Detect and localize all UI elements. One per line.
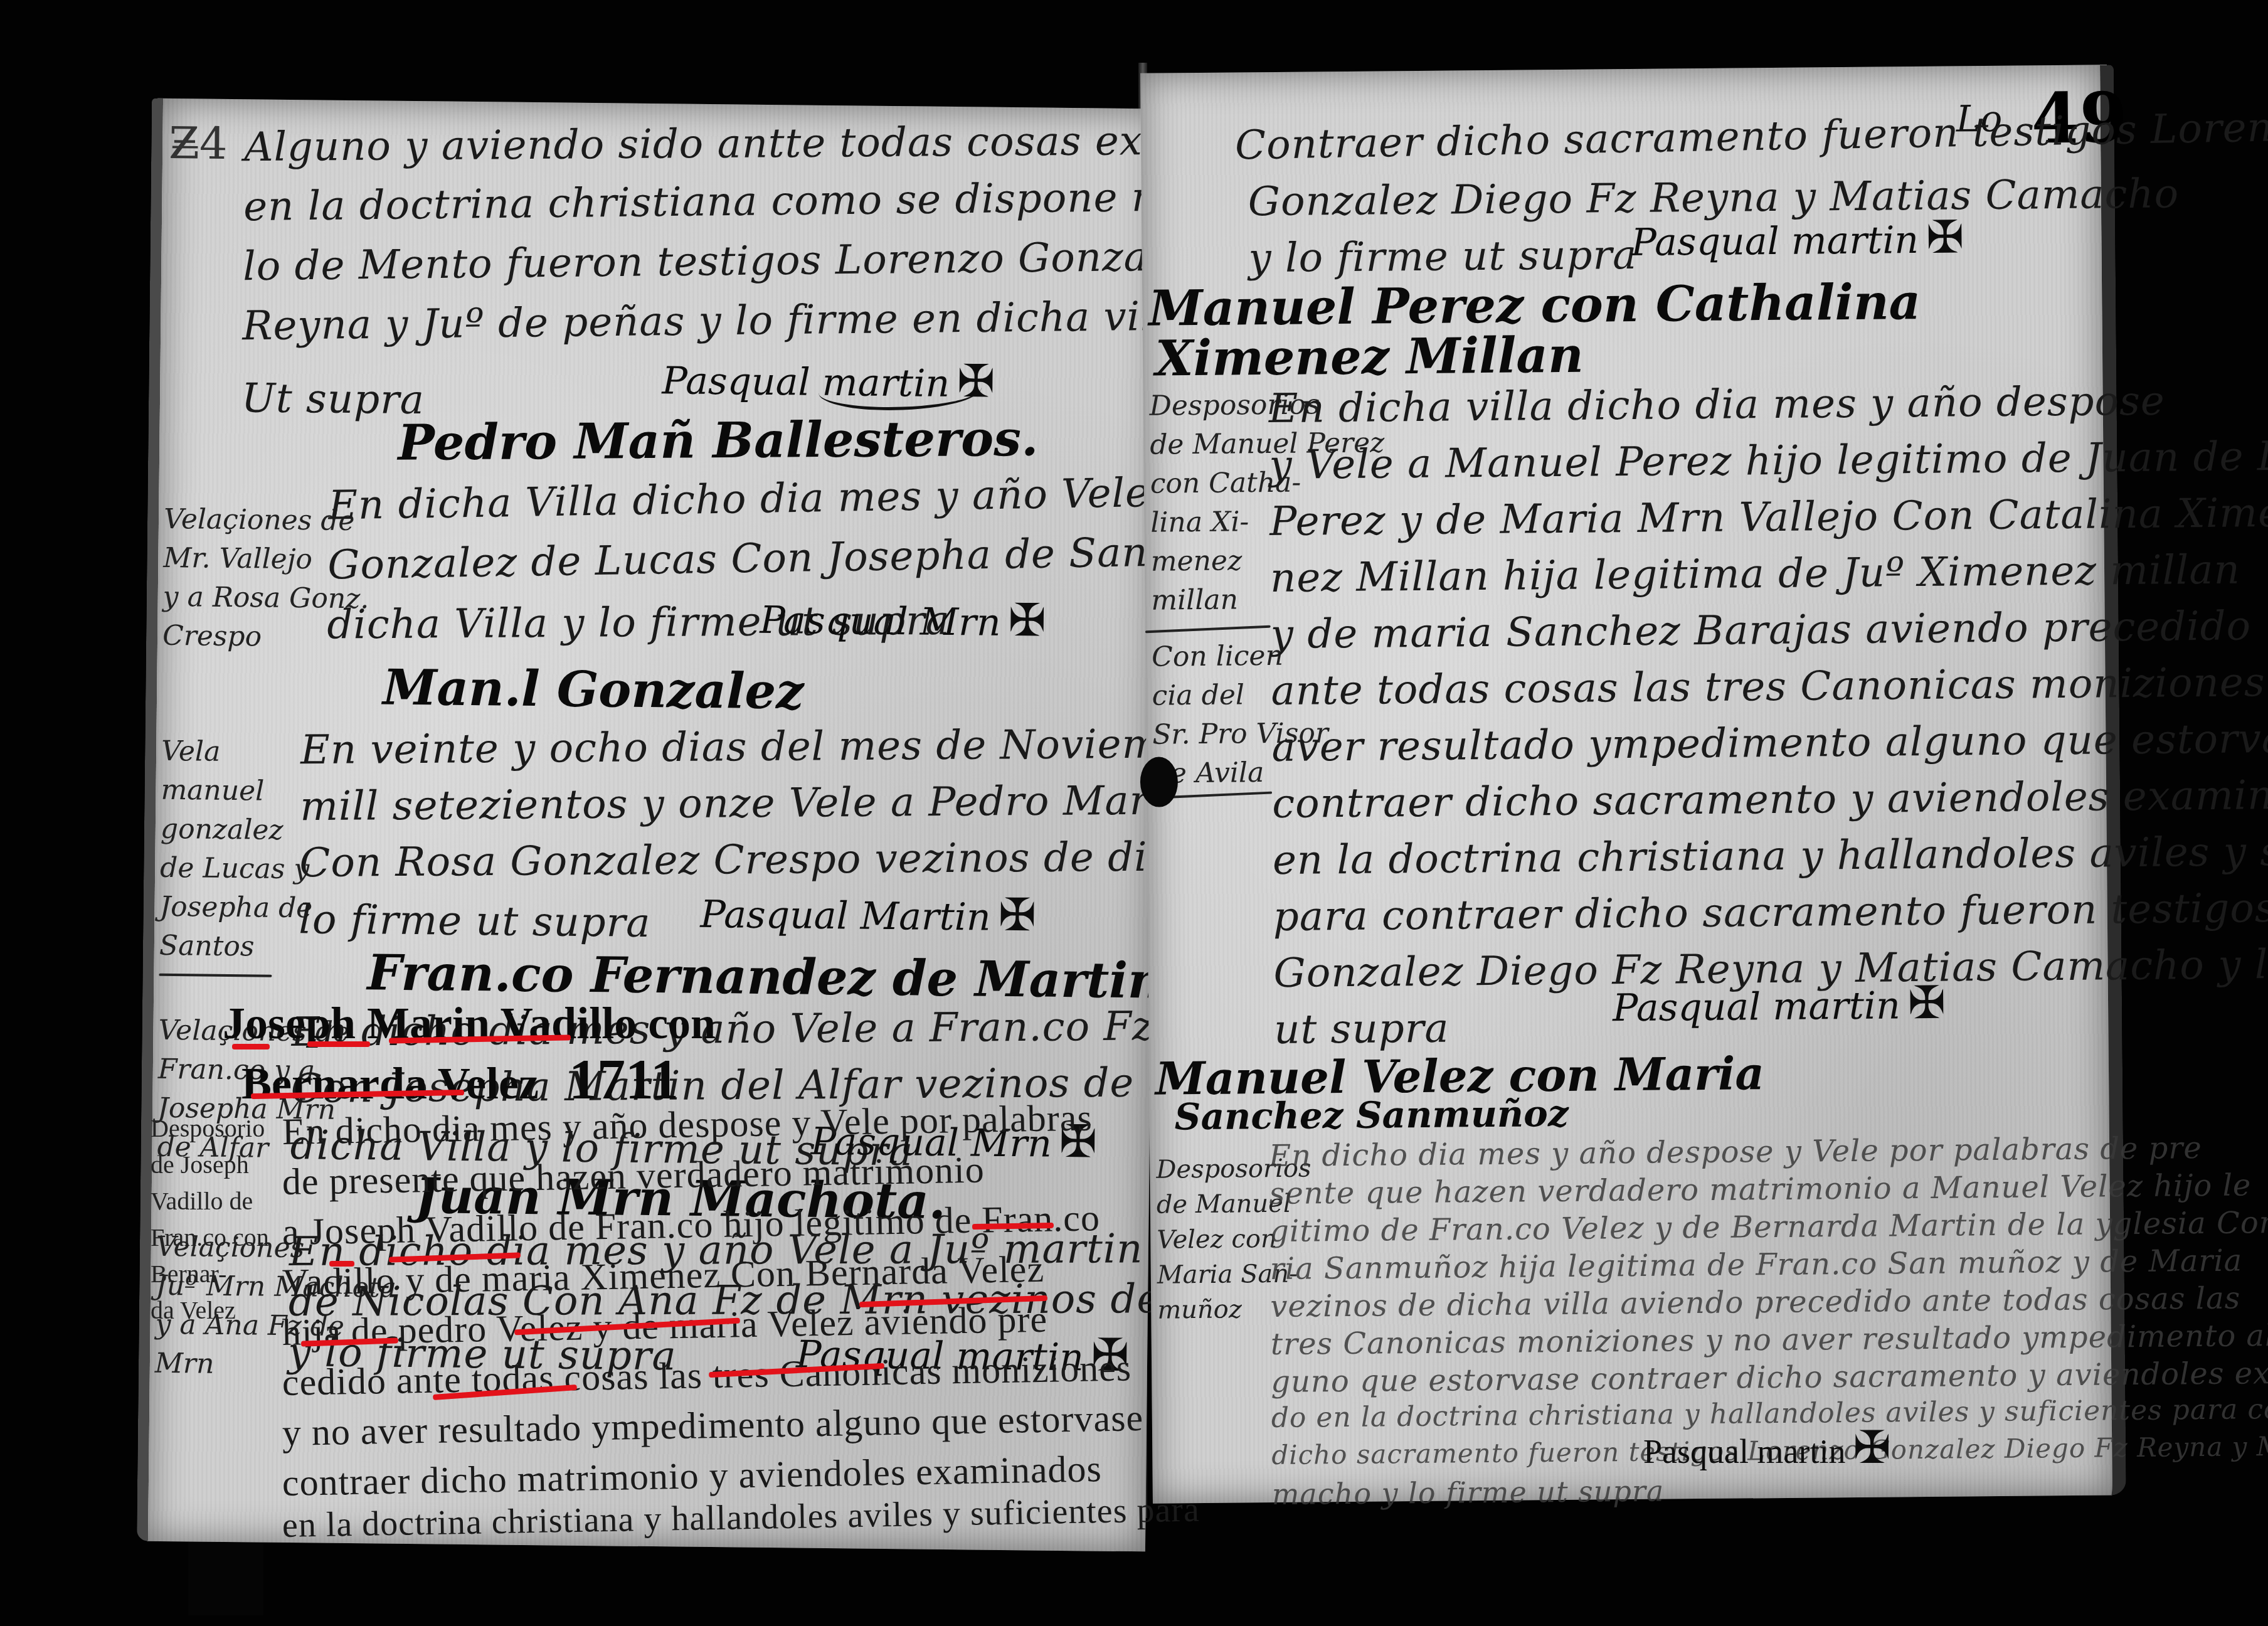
rubric-flourish-icon: ✠	[1926, 210, 1964, 263]
entry-heading: Sanchez Sanmuñoz	[1174, 1092, 1569, 1138]
text-line: vezinos de dicha villa aviendo precedido…	[1270, 1281, 2241, 1324]
margin-divider	[1145, 625, 1271, 634]
priest-signature: Pasqual Martin✠	[700, 885, 1036, 942]
rubric-flourish-icon: ✠	[1907, 976, 1946, 1029]
text-line: en la doctrina christiana y hallandoles …	[1273, 827, 2268, 884]
text-line: En dicho dia mes y año despose y Vele po…	[1269, 1130, 2202, 1174]
signature-text: Pasqual martin	[1613, 984, 1900, 1030]
priest-signature: Pasqual martin✠	[1613, 976, 1946, 1032]
red-underline	[307, 1041, 370, 1047]
priest-signature: Pasqual Mrn✠	[760, 591, 1046, 647]
margin-note: Desposorio de Joseph Vadillo de Fran.co …	[151, 1110, 269, 1329]
rubric-flourish-icon: ✠	[998, 888, 1036, 942]
signature-text: Pasqual Mrn	[760, 598, 1001, 645]
priest-signature: Pasqual martin✠	[1643, 1421, 1891, 1474]
document-viewer: Ƶ̶4 Alguno y aviendo sido antte todas co…	[0, 0, 2268, 1626]
text-line: sente que hazen verdadero matrimonio a M…	[1269, 1167, 2251, 1211]
text-line: Reyna y Juº de peñas y lo firme en dicha…	[242, 293, 1192, 349]
rubric-flourish-icon: ✠	[1008, 593, 1046, 647]
ink-blot	[1140, 757, 1179, 807]
text-line: aver resultado ympedimento alguno que es…	[1271, 715, 2268, 771]
text-line: tres Canonicas moniziones y no aver resu…	[1271, 1318, 2268, 1362]
entry-year: 1711	[569, 1049, 679, 1111]
text-line: gitimo de Fran.co Velez y de Bernarda Ma…	[1269, 1204, 2268, 1249]
text-line: En dicha villa dicho dia mes y año despo…	[1268, 378, 2165, 432]
text-line: ut supra	[1274, 1006, 1449, 1053]
entry-heading: Man.l Gonzalez	[383, 659, 804, 721]
text-line: y lo firme ut supra	[1248, 232, 1637, 282]
corner-mark-icon: Ƶ̶4	[169, 117, 228, 169]
text-line: nez Millan hija legitima de Juº Ximenez …	[1270, 547, 2240, 602]
highlighted-entry-heading: Bernarda Velez 1711	[241, 1048, 679, 1112]
entry-heading: Ximenez Millan	[1155, 327, 1584, 388]
text-line: ante todas cosas las tres Canonicas moni…	[1271, 659, 2268, 715]
text-line: para contraer dicho sacramento fueron te…	[1273, 884, 2268, 940]
rubric-flourish-icon: ✠	[1853, 1421, 1890, 1474]
entry-heading: Pedro Mañ Ballesteros.	[398, 410, 1038, 472]
text-line: Perez y de Maria Mrn Vallejo Con Catalin…	[1269, 490, 2268, 545]
priest-signature: Pasqual martin✠	[1631, 210, 1964, 266]
margin-note: Vela manuel gonzalez de Lucas y Josepha …	[159, 732, 315, 967]
text-line: lo firme ut supra	[299, 896, 651, 947]
text-line: guno que estorvase contraer dicho sacram…	[1271, 1355, 2268, 1400]
text-line: ria Sanmuñoz hija legitima de Fran.co Sa…	[1269, 1243, 2242, 1287]
red-underline	[329, 1261, 354, 1267]
text-line: macho y lo firme ut supra	[1272, 1474, 1665, 1511]
text-line: Contraer dicho sacramento fueron testigo…	[1234, 100, 2268, 169]
signature-text: Pasqual Martin	[700, 893, 991, 940]
right-page: Lo 49 Contraer dicho sacramento fueron t…	[1140, 65, 2126, 1503]
text-line: y Vele a Manuel Perez hijo legitimo de J…	[1269, 433, 2268, 489]
heading-name: Bernarda Velez	[241, 1058, 539, 1108]
text-line: contraer dicho sacramento y aviendoles e…	[1272, 772, 2268, 827]
margin-divider	[159, 974, 272, 977]
signature-text: Pasqual martin	[1631, 218, 1919, 265]
signature-text: Pasqual martin	[1643, 1433, 1845, 1470]
text-line: y de maria Sanchez Barajas aviendo prece…	[1271, 603, 2252, 658]
red-underline	[232, 1044, 270, 1049]
